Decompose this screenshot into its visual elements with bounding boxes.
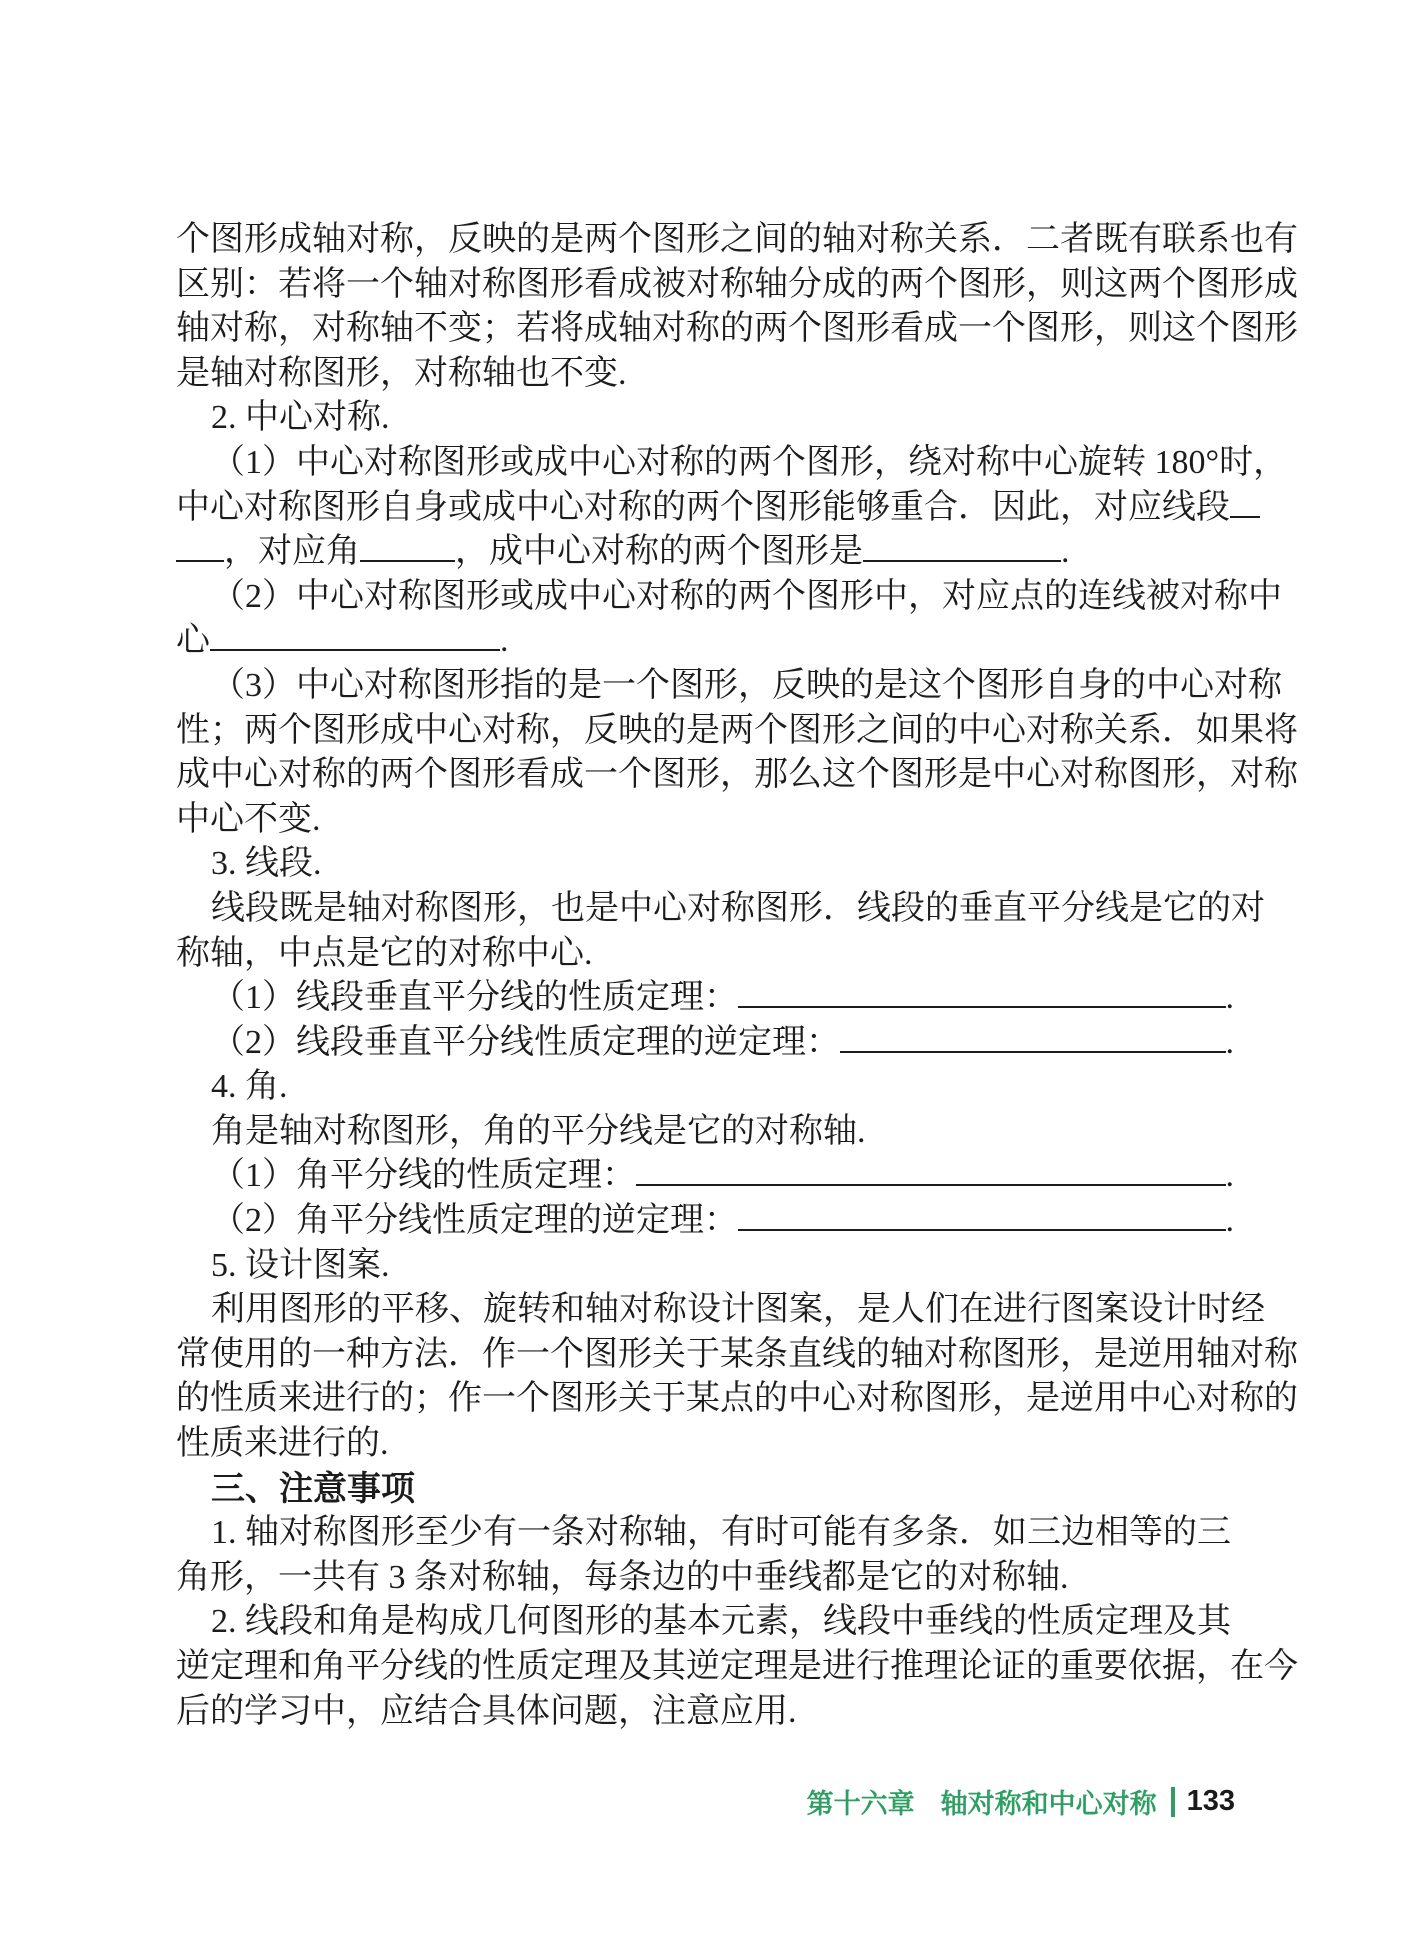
text-run: 3. 线段. (211, 845, 322, 882)
text-line: （2）线段垂直平分线性质定理的逆定理：. (176, 1021, 1234, 1066)
text-run: 角形，一共有 3 条对称轴，每条边的中垂线都是它的对称轴. (176, 1559, 1069, 1596)
text-run: （1）中心对称图形或成中心对称的两个图形，绕对称中心旋转 180°时， (211, 444, 1287, 481)
text-line: 常使用的一种方法．作一个图形关于某条直线的轴对称图形，是逆用轴对称 (176, 1333, 1234, 1378)
text-line: 1. 轴对称图形至少有一条对称轴，有时可能有多条．如三边相等的三 (176, 1511, 1234, 1556)
footer-chapter: 第十六章 (807, 1782, 915, 1821)
text-line: 个图形成轴对称，反映的是两个图形之间的轴对称关系．二者既有联系也有 (176, 218, 1234, 263)
section-heading: 三、注意事项 (176, 1467, 1234, 1512)
fill-in-blank (210, 647, 500, 651)
text-line: （1）线段垂直平分线的性质定理：. (176, 976, 1234, 1021)
text-run: 个图形成轴对称，反映的是两个图形之间的轴对称关系．二者既有联系也有 (176, 221, 1298, 258)
text-run: 心 (176, 622, 210, 659)
text-line: 角形，一共有 3 条对称轴，每条边的中垂线都是它的对称轴. (176, 1556, 1234, 1601)
text-line: （2）中心对称图形或成中心对称的两个图形中，对应点的连线被对称中 (176, 575, 1234, 620)
document-body: 个图形成轴对称，反映的是两个图形之间的轴对称关系．二者既有联系也有区别：若将一个… (176, 218, 1234, 1734)
text-run: 性质来进行的. (176, 1425, 389, 1462)
text-line: 线段既是轴对称图形，也是中心对称图形．线段的垂直平分线是它的对 (176, 887, 1234, 932)
text-run: （2）线段垂直平分线性质定理的逆定理： (211, 1021, 840, 1066)
text-run: 角是轴对称图形，角的平分线是它的对称轴. (211, 1113, 866, 1150)
text-run: 中心不变. (176, 801, 321, 838)
page-footer: 第十六章 轴对称和中心对称 133 (807, 1782, 1235, 1821)
text-line: （1）角平分线的性质定理：. (176, 1154, 1234, 1199)
text-run: ，成中心对称的两个图形是 (455, 533, 863, 570)
text-line: 3. 线段. (176, 842, 1234, 887)
text-line: 4. 角. (176, 1065, 1234, 1110)
text-line: 成中心对称的两个图形看成一个图形，那么这个图形是中心对称图形，对称 (176, 753, 1234, 798)
fill-in-blank (738, 1227, 1226, 1231)
text-line: 中心不变. (176, 798, 1234, 843)
text-line: 称轴，中点是它的对称中心. (176, 932, 1234, 977)
text-line: 2. 中心对称. (176, 396, 1234, 441)
footer-section-title: 轴对称和中心对称 (941, 1782, 1157, 1821)
text-line: 性质来进行的. (176, 1422, 1234, 1467)
fill-in-blank (636, 1182, 1226, 1186)
text-run: 线段既是轴对称图形，也是中心对称图形．线段的垂直平分线是它的对 (211, 890, 1265, 927)
textbook-page: 个图形成轴对称，反映的是两个图形之间的轴对称关系．二者既有联系也有区别：若将一个… (0, 0, 1403, 1933)
fill-in-blank (738, 1004, 1226, 1008)
text-line: 心. (176, 619, 1234, 664)
text-line: 利用图形的平移、旋转和轴对称设计图案，是人们在进行图案设计时经 (176, 1288, 1234, 1333)
fill-in-blank (360, 558, 455, 562)
fill-in-blank (863, 558, 1061, 562)
text-run: 是轴对称图形，对称轴也不变. (176, 355, 627, 392)
text-run: 5. 设计图案. (211, 1247, 390, 1284)
footer-divider-bar (1171, 1787, 1175, 1817)
text-run: 称轴，中点是它的对称中心. (176, 935, 593, 972)
text-line: （3）中心对称图形指的是一个图形，反映的是这个图形自身的中心对称 (176, 664, 1234, 709)
text-line: （1）中心对称图形或成中心对称的两个图形，绕对称中心旋转 180°时， (176, 441, 1234, 486)
text-run: . (1226, 976, 1235, 1021)
text-run: . (1226, 1199, 1235, 1244)
text-run: . (500, 622, 509, 659)
text-line: 是轴对称图形，对称轴也不变. (176, 352, 1234, 397)
footer-page-number: 133 (1187, 1785, 1235, 1818)
text-line: （2）角平分线性质定理的逆定理：. (176, 1199, 1234, 1244)
text-run: （1）角平分线的性质定理： (211, 1154, 636, 1199)
text-run: ，对应角 (224, 533, 360, 570)
text-run: 4. 角. (211, 1068, 288, 1105)
text-run: 中心对称图形自身或成中心对称的两个图形能够重合．因此，对应线段 (176, 486, 1230, 531)
text-line: 2. 线段和角是构成几何图形的基本元素，线段中垂线的性质定理及其 (176, 1600, 1234, 1645)
text-run: 成中心对称的两个图形看成一个图形，那么这个图形是中心对称图形，对称 (176, 756, 1298, 793)
text-line: 区别：若将一个轴对称图形看成被对称轴分成的两个图形，则这两个图形成 (176, 263, 1234, 308)
text-run: （2）中心对称图形或成中心对称的两个图形中，对应点的连线被对称中 (211, 578, 1282, 615)
text-run: 性；两个图形成中心对称，反映的是两个图形之间的中心对称关系．如果将 (176, 712, 1298, 749)
text-run: 逆定理和角平分线的性质定理及其逆定理是进行推理论证的重要依据，在今 (176, 1648, 1298, 1685)
text-run: 利用图形的平移、旋转和轴对称设计图案，是人们在进行图案设计时经 (211, 1291, 1265, 1328)
text-run: 的性质来进行的；作一个图形关于某点的中心对称图形，是逆用中心对称的 (176, 1380, 1298, 1417)
text-line: 性；两个图形成中心对称，反映的是两个图形之间的中心对称关系．如果将 (176, 709, 1234, 754)
text-run: 三、注意事项 (211, 1470, 415, 1508)
text-run: . (1061, 533, 1070, 570)
text-run: （1）线段垂直平分线的性质定理： (211, 976, 738, 1021)
text-run: . (1226, 1021, 1235, 1066)
text-run: 区别：若将一个轴对称图形看成被对称轴分成的两个图形，则这两个图形成 (176, 266, 1298, 303)
fill-in-blank (1230, 514, 1260, 518)
text-run: 2. 线段和角是构成几何图形的基本元素，线段中垂线的性质定理及其 (211, 1603, 1231, 1640)
fill-in-blank (176, 558, 224, 562)
text-line: 轴对称，对称轴不变；若将成轴对称的两个图形看成一个图形，则这个图形 (176, 307, 1234, 352)
text-run: （3）中心对称图形指的是一个图形，反映的是这个图形自身的中心对称 (211, 667, 1282, 704)
text-run: 1. 轴对称图形至少有一条对称轴，有时可能有多条．如三边相等的三 (211, 1514, 1231, 1551)
text-run: 2. 中心对称. (211, 399, 390, 436)
text-line: 角是轴对称图形，角的平分线是它的对称轴. (176, 1110, 1234, 1155)
text-line: 5. 设计图案. (176, 1244, 1234, 1289)
text-line: 中心对称图形自身或成中心对称的两个图形能够重合．因此，对应线段 (176, 486, 1234, 531)
text-run: （2）角平分线性质定理的逆定理： (211, 1199, 738, 1244)
fill-in-blank (840, 1049, 1226, 1053)
text-run: 轴对称，对称轴不变；若将成轴对称的两个图形看成一个图形，则这个图形 (176, 310, 1298, 347)
text-line: 逆定理和角平分线的性质定理及其逆定理是进行推理论证的重要依据，在今 (176, 1645, 1234, 1690)
text-run: 常使用的一种方法．作一个图形关于某条直线的轴对称图形，是逆用轴对称 (176, 1336, 1298, 1373)
text-run: 后的学习中，应结合具体问题，注意应用. (176, 1693, 797, 1730)
text-line: 后的学习中，应结合具体问题，注意应用. (176, 1690, 1234, 1735)
text-run: . (1226, 1154, 1235, 1199)
text-line: ，对应角，成中心对称的两个图形是. (176, 530, 1234, 575)
text-line: 的性质来进行的；作一个图形关于某点的中心对称图形，是逆用中心对称的 (176, 1377, 1234, 1422)
